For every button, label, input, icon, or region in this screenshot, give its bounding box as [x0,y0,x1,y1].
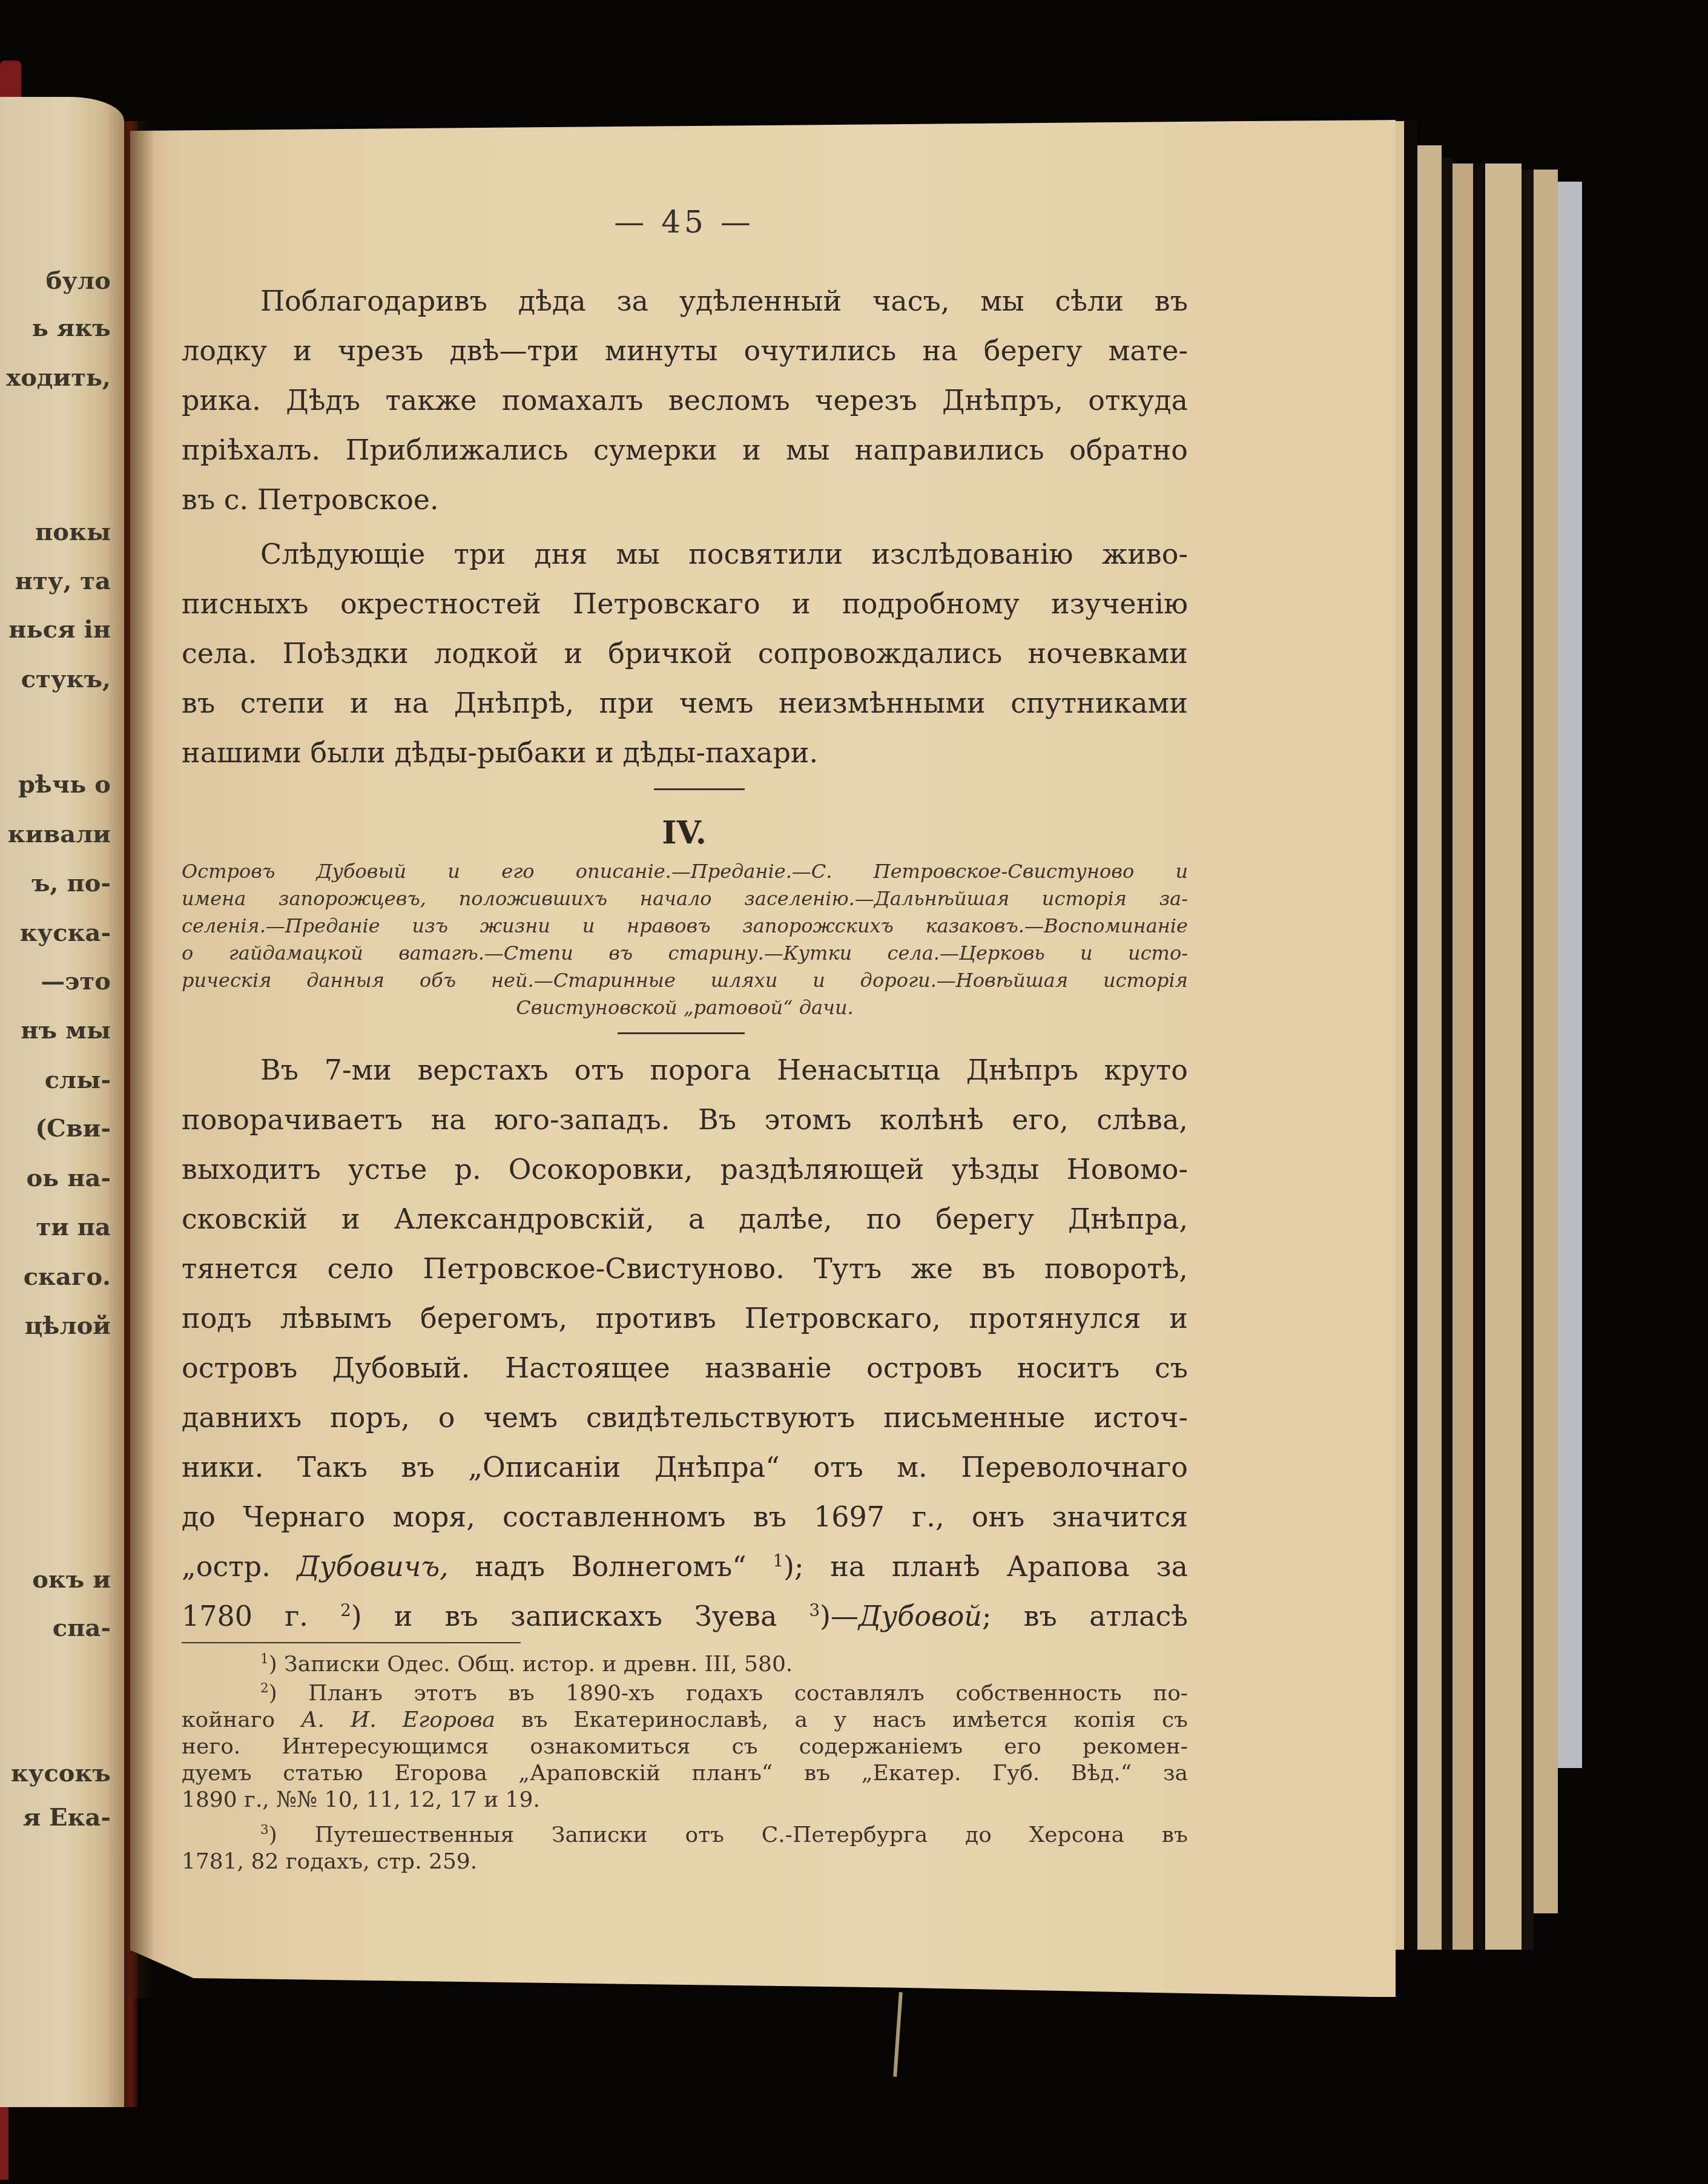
italic-name: А. И. Егорова [301,1707,495,1732]
footnote-text: ) Путешественныя Записки отъ С.-Петербур… [269,1823,1188,1847]
text-line: нашими были дѣды-рыбаки и дѣды-пахари. [182,736,1188,773]
section-divider-top [654,788,745,790]
text-span: 1780 г. [182,1600,340,1632]
left-page-fragment-line: стукъ, [21,665,111,693]
left-page-fragment-line: я Ека- [23,1803,111,1832]
left-page-fragment-line: ходить, [6,363,111,392]
text-span: ); на планѣ Арапова за [783,1550,1188,1583]
page-edges-stack [1396,121,1601,1950]
left-page-fragment-line: кусокъ [11,1759,111,1787]
bookmark-ribbon [0,61,21,97]
text-line: села. Поѣздки лодкой и бричкой сопровожд… [182,637,1188,673]
text-line: сковскій и Александровскій, а далѣе, по … [182,1203,1188,1239]
footnote-2-line: койнаго А. И. Егорова въ Екатеринославѣ,… [182,1707,1188,1735]
text-line: лодку и чрезъ двѣ—три минуты очутились н… [182,334,1188,371]
footnote-3: 3) Путешественныя Записки отъ С.-Петербу… [182,1823,1188,1850]
text-line: выходитъ устье р. Осокоровки, раздѣляюще… [182,1153,1188,1189]
left-page-fragment-line: нъ мы [21,1016,111,1044]
left-page-fragment-line: спа- [53,1614,111,1642]
left-page-fragment-line: окъ и [32,1565,111,1594]
left-page-fragment-line: було [46,266,111,295]
summary-line: рическія данныя объ ней.—Старинные шляхи… [182,969,1188,995]
gutter-shadow [130,121,154,1998]
footnote-ref-2[interactable]: 2 [340,1600,351,1620]
text-line: ники. Такъ въ „Описаніи Днѣпра“ отъ м. П… [182,1451,1188,1487]
text-line: Въ 7-ми верстахъ отъ порога Ненасытца Дн… [182,1054,1188,1090]
italic-name: Дубовой [859,1600,982,1632]
text-line: рика. Дѣдъ также помахалъ весломъ черезъ… [182,384,1188,420]
left-page-fragment-line: —это [41,967,111,995]
page-number: — 45 — [593,205,775,240]
text-line: подъ лѣвымъ берегомъ, противъ Петровскаг… [182,1302,1188,1338]
section-divider-bottom [618,1032,745,1034]
footnote-marker: 3 [260,1823,269,1838]
left-page-fragment-line: (Сви- [35,1114,111,1143]
text-span: „остр. [182,1550,297,1583]
summary-line: Свистуновской „ратовой“ дачи. [182,996,1188,1023]
footnote-separator [182,1642,521,1643]
left-page-fragment-line: ти па [36,1213,111,1241]
text-line: Слѣдующіе три дня мы посвятили изслѣдова… [182,538,1188,574]
footnote-2: 2) Планъ этотъ въ 1890-хъ годахъ составл… [182,1681,1188,1709]
footnote-2-line: дуемъ статью Егорова „Араповскій планъ“ … [182,1761,1188,1789]
footnote-3-line: 1781, 82 годахъ, стр. 259. [182,1849,1188,1877]
summary-line: селенія.—Преданіе изъ жизни и нравовъ за… [182,914,1188,941]
text-span: )— [820,1600,859,1632]
text-span: надъ Волнегомъ“ [449,1550,773,1583]
text-line: островъ Дубовый. Настоящее названіе остр… [182,1351,1188,1388]
text-line: въ степи и на Днѣпрѣ, при чемъ неизмѣнны… [182,687,1188,723]
footnote-marker: 1 [260,1652,269,1667]
text-line: пріѣхалъ. Приближались сумерки и мы напр… [182,434,1188,470]
ribbon-end [0,2107,8,2180]
left-page-fragment-line: нься ін [8,615,111,644]
text-line: поворачиваетъ на юго-западъ. Въ этомъ ко… [182,1103,1188,1140]
text-span: ; въ атласѣ [982,1600,1188,1632]
footnote-1: 1) Записки Одес. Общ. истор. и древн. II… [182,1652,1188,1680]
summary-line: Островъ Дубовый и его описаніе.—Преданіе… [182,860,1188,886]
text-line: въ с. Петровское. [182,483,1188,520]
text-line: до Чернаго моря, составленномъ въ 1697 г… [182,1500,1188,1537]
footnote-marker: 2 [260,1681,269,1696]
footnote-2-line: 1890 г., №№ 10, 11, 12, 17 и 19. [182,1787,1188,1815]
left-page-fragment-line: ь якъ [32,314,111,342]
summary-line: имена запорожцевъ, положившихъ начало за… [182,887,1188,914]
text-line: тянется село Петровское-Свистуново. Тутъ… [182,1252,1188,1288]
left-page-fragment-line: нту, та [15,567,111,595]
text-line-dubovich: „остр. Дубовичъ, надъ Волнегомъ“ 1); на … [182,1550,1188,1586]
footnote-text: ) Планъ этотъ въ 1890-хъ годахъ составля… [269,1681,1188,1706]
footnote-2-line: него. Интересующимся ознакомиться съ сод… [182,1734,1188,1762]
left-page-fragment-line: рѣчь о [18,770,111,799]
left-page-fragment-line: покы [35,518,111,546]
text-line: давнихъ поръ, о чемъ свидѣтельствуютъ пи… [182,1401,1188,1437]
left-page-fragment-line: кивали [8,820,111,848]
footnote-text: въ Екатеринославѣ, а у насъ имѣется копі… [495,1707,1188,1732]
text-line-zueva: 1780 г. 2) и въ запискахъ Зуева 3)—Дубов… [182,1600,1188,1636]
summary-line: о гайдамацкой ватагѣ.—Степи въ старину.—… [182,942,1188,968]
left-page-fragment-line: оь на- [26,1164,111,1192]
footnote-ref-3[interactable]: 3 [809,1600,820,1620]
left-page-fragment-line: куска- [20,919,111,947]
footnote-text: койнаго [182,1707,301,1732]
text-line: писныхъ окрестностей Петровскаго и подро… [182,587,1188,624]
chapter-number: IV. [624,814,745,851]
left-page-fragment: булоь якъходить,покынту, танься інстукъ,… [0,97,124,2107]
footnote-ref-1[interactable]: 1 [773,1551,783,1571]
left-page-fragment-line: слы- [45,1066,111,1094]
italic-name: Дубовичъ, [297,1550,449,1583]
text-line: Поблагодаривъ дѣда за удѣленный часъ, мы… [182,285,1188,321]
footnote-text: ) Записки Одес. Общ. истор. и древн. III… [269,1652,793,1677]
text-span: ) и въ запискахъ Зуева [351,1600,809,1632]
left-page-fragment-line: цѣлой [25,1311,111,1340]
loose-thread [893,1992,903,2077]
left-page-fragment-line: скаго. [24,1262,111,1291]
left-page-fragment-line: ъ, по- [31,869,111,897]
